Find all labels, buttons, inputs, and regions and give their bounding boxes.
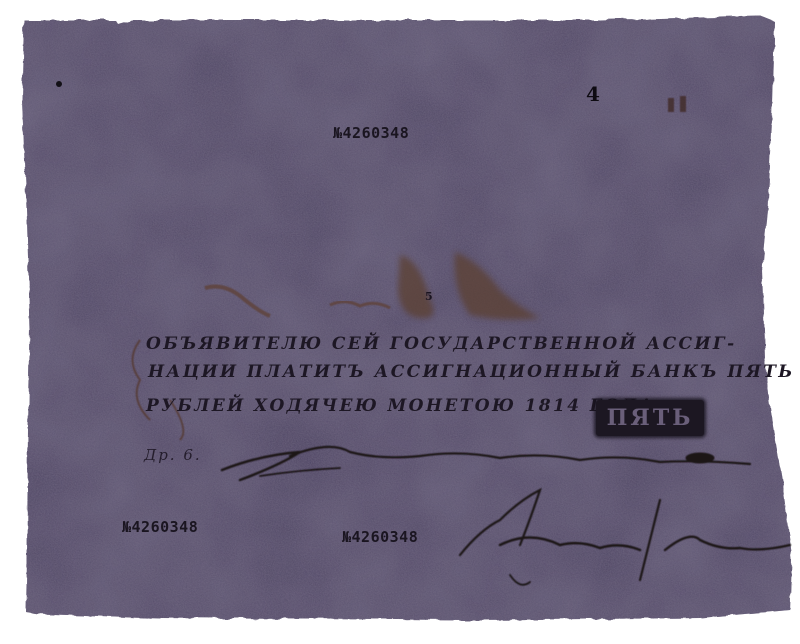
denomination-box: Пять <box>596 400 704 436</box>
text-line-3: рублей ходячею монетою 1814 года. <box>146 396 663 416</box>
text-line-1: Объявителю сей государственной ассиг- <box>146 334 737 354</box>
banknote: 4 №4260348 5 Объявителю сей государствен… <box>0 0 800 644</box>
text-line-2: нации платитъ ассигнационный банкъ пять <box>148 362 795 382</box>
denomination-word: Пять <box>596 400 704 436</box>
serial-number-top: №4260348 <box>333 124 409 142</box>
watermark-digit: 5 <box>425 290 433 303</box>
corner-mark: 4 <box>586 82 600 106</box>
serial-number-bottom-left: №4260348 <box>122 518 198 536</box>
banknote-paper <box>0 0 800 644</box>
serial-number-bottom-center: №4260348 <box>342 528 418 546</box>
ledger-mark: Др. 6. <box>144 446 202 464</box>
